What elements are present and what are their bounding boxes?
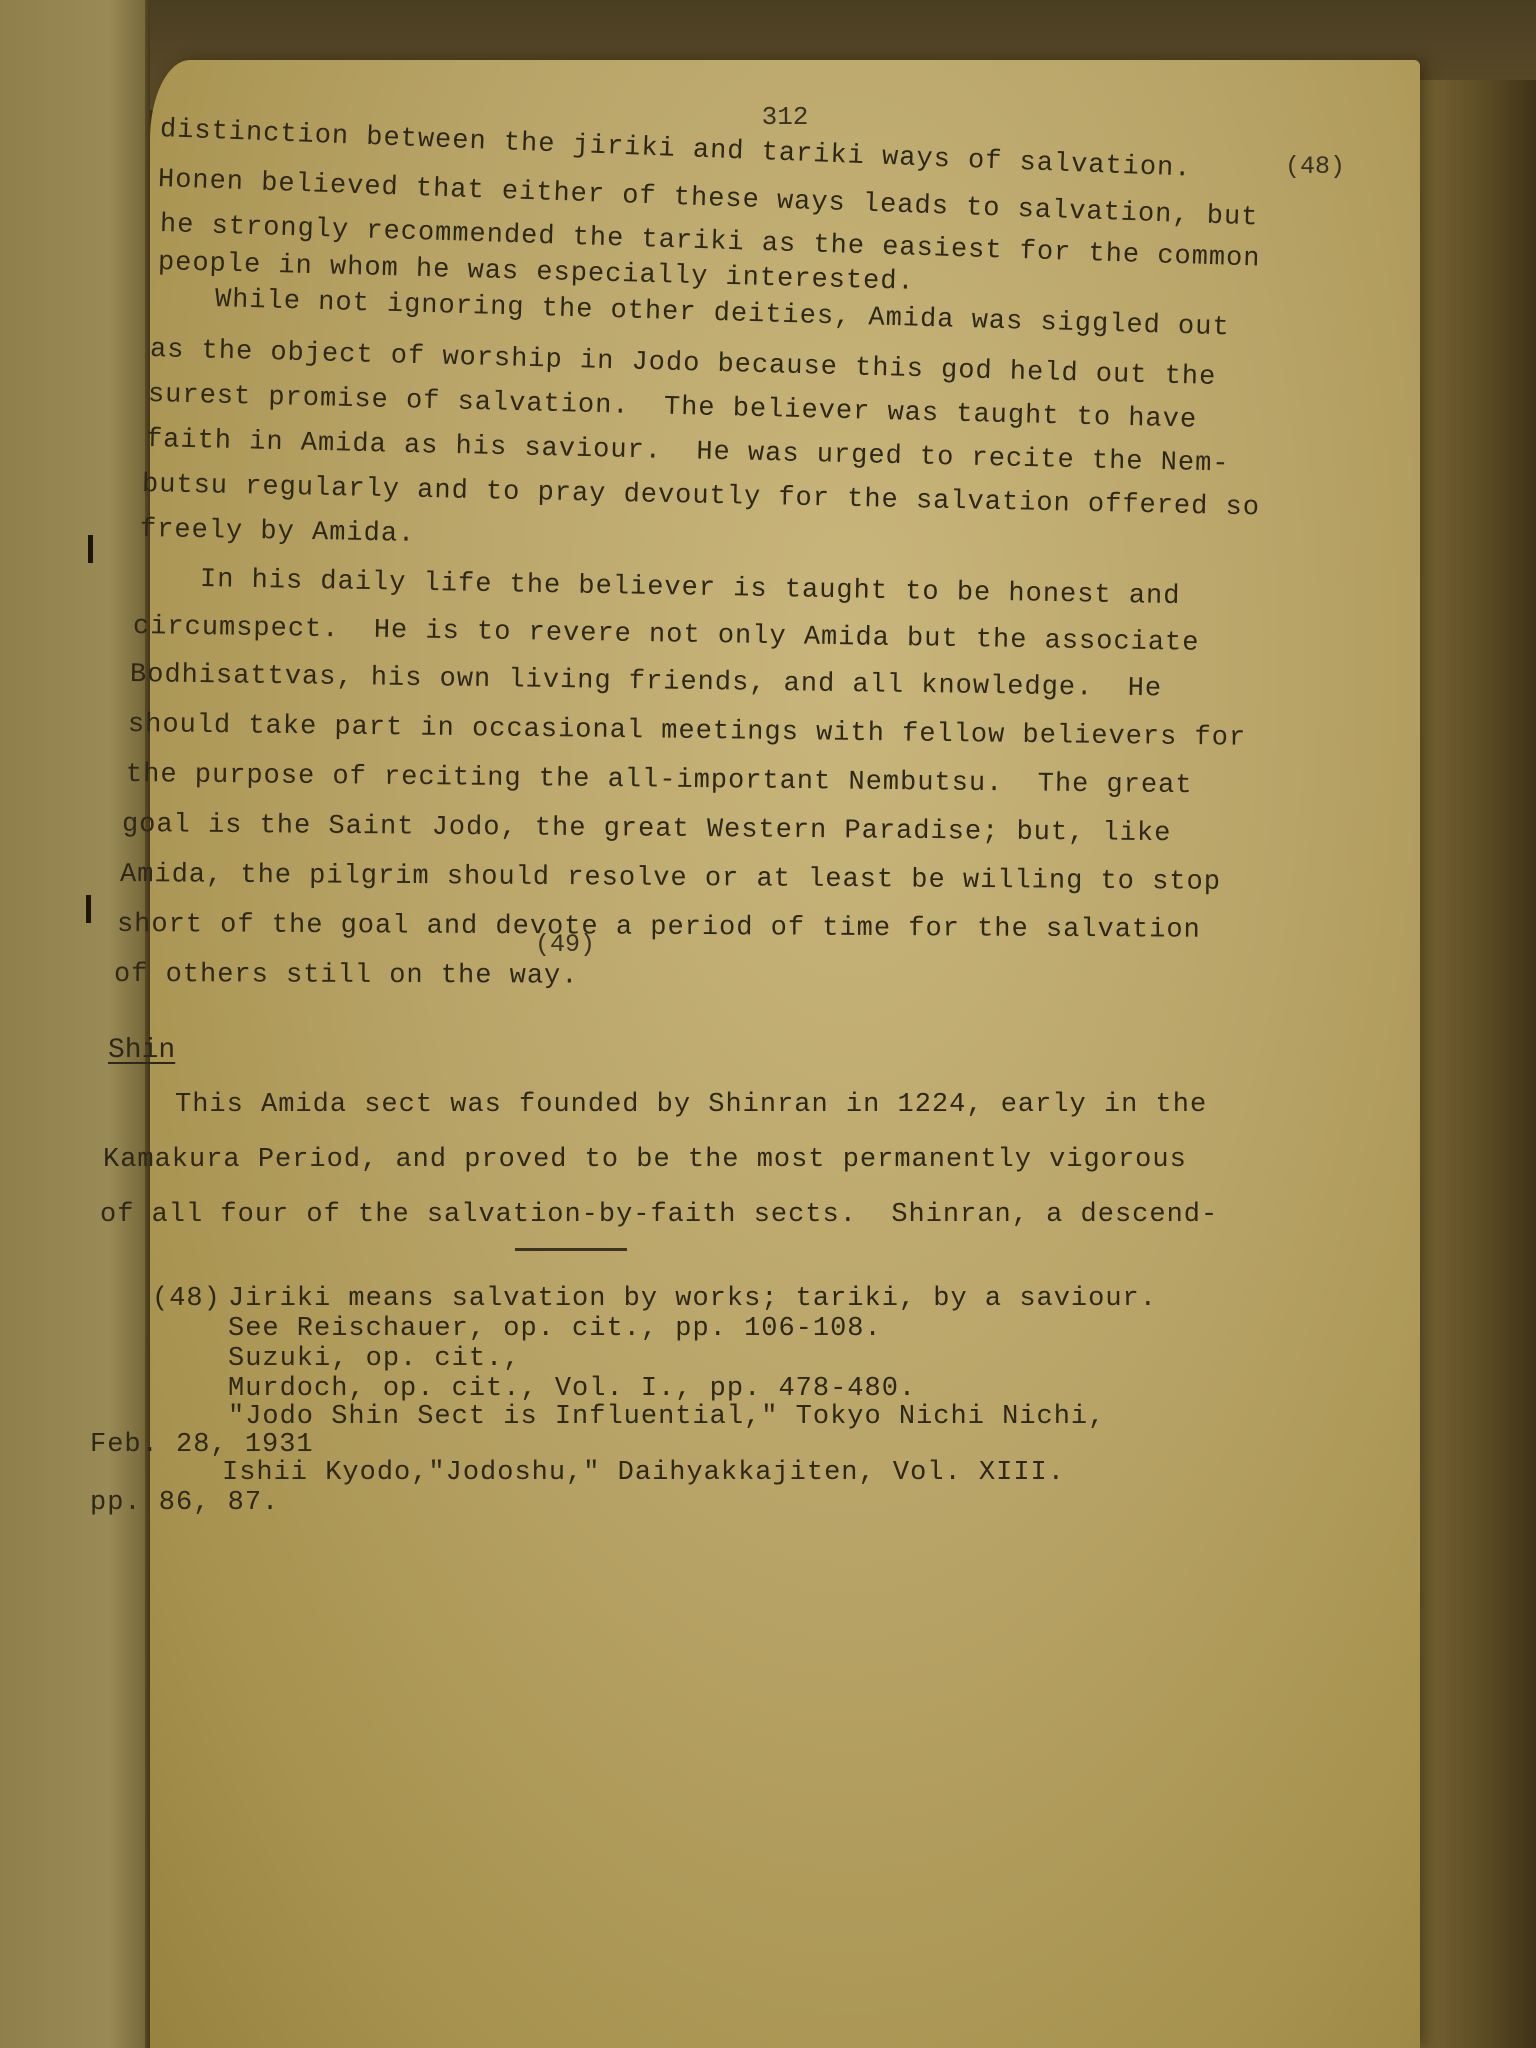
footnote-line: Ishii Kyodo,"Jodoshu," Daihyakkajiten, V… (222, 1458, 1065, 1488)
footnote-ref-48: (48) (1285, 152, 1345, 181)
text-line: This Amida sect was founded by Shinran i… (175, 1090, 1207, 1120)
footnote-ref-49: (49) (535, 930, 595, 959)
facing-page-left (0, 0, 155, 2048)
footnote-separator (515, 1248, 627, 1251)
section-heading-shin: Shin (108, 1035, 175, 1066)
text-line: Kamakura Period, and proved to be the mo… (103, 1145, 1187, 1175)
margin-mark (88, 535, 93, 563)
footnote-line: Jiriki means salvation by works; tariki,… (228, 1284, 1157, 1314)
text-line: of others still on the way. (114, 960, 579, 992)
footnote-line: pp. 86, 87. (90, 1488, 279, 1518)
footnote-line: See Reischauer, op. cit., pp. 106-108. (228, 1314, 882, 1344)
section-paragraph: This Amida sect was founded by Shinran i… (0, 0, 34, 120)
text-line: of all four of the salvation-by-faith se… (100, 1200, 1218, 1230)
page-stack-edge (1416, 80, 1536, 2048)
text-line: short of the goal and devote a period of… (117, 910, 1201, 946)
footnote-marker-48: (48) (152, 1284, 221, 1314)
footnote-line: Suzuki, op. cit., (228, 1344, 520, 1374)
footnote-line: Murdoch, op. cit., Vol. I., pp. 478-480. (228, 1374, 916, 1404)
text-line: freely by Amida. (140, 515, 416, 550)
footnote-line: Feb. 28, 1931 (90, 1430, 314, 1460)
margin-mark (86, 895, 91, 923)
footnote-line: "Jodo Shin Sect is Influential," Tokyo N… (228, 1402, 1105, 1432)
